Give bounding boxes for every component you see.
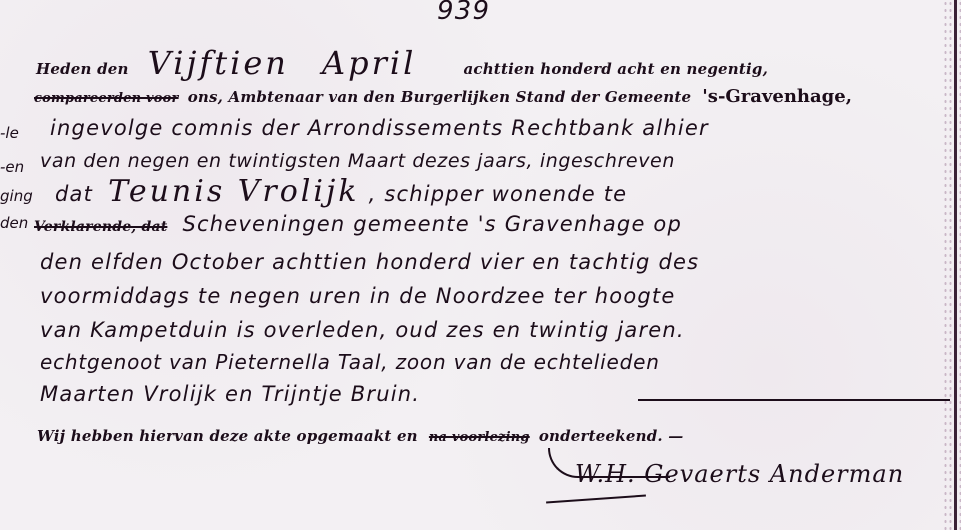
- hand-dat: dat: [55, 182, 93, 206]
- line-8: voormiddags te negen uren in de Noordzee…: [40, 284, 675, 308]
- line-9: van Kampetduin is overleden, oud zes en …: [40, 318, 685, 342]
- margin-fragment-6: den: [0, 214, 28, 232]
- line-7: den elfden October achttien honderd vier…: [40, 250, 699, 274]
- line-1: Heden den Vijftien April achttien honder…: [36, 44, 768, 82]
- struck-compareerden: compareerden voor: [34, 91, 179, 106]
- margin-fragment-5: ging: [0, 187, 33, 205]
- signature-underline: [546, 495, 646, 504]
- official-signature: W.H. Gevaerts Anderman: [575, 460, 904, 488]
- margin-fragment-4: -en: [0, 158, 24, 176]
- document-page: 939 Heden den Vijftien April achttien ho…: [0, 0, 961, 530]
- printed-ambtenaar: ons, Ambtenaar van den Burgerlijken Stan…: [188, 88, 692, 106]
- line-3: ingevolge comnis der Arrondissements Rec…: [50, 116, 709, 140]
- line-11: Maarten Vrolijk en Trijntje Bruin.: [40, 382, 420, 406]
- printed-closing: Wij hebben hiervan deze akte opgemaakt e…: [37, 427, 418, 445]
- hand-occupation: , schipper wonende te: [369, 182, 628, 206]
- end-rule: [638, 399, 950, 401]
- printed-onderteekend: onderteekend. —: [539, 427, 684, 445]
- line-10: echtgenoot van Pieternella Taal, zoon va…: [40, 350, 660, 374]
- line-12: Wij hebben hiervan deze akte opgemaakt e…: [37, 426, 683, 445]
- deceased-name: Teunis Vrolijk: [108, 174, 359, 209]
- place-gravenhage: 's-Gravenhage,: [702, 86, 852, 107]
- page-right-border: [954, 0, 957, 530]
- line-4: van den negen en twintigsten Maart dezes…: [40, 150, 675, 172]
- margin-fragment-3: -le: [0, 124, 19, 142]
- struck-voorlezing: na voorlezing: [429, 430, 530, 445]
- hand-residence: Scheveningen gemeente 's Gravenhage op: [182, 212, 682, 236]
- printed-year: achttien honderd acht en negentig,: [463, 60, 768, 78]
- hand-day: Vijftien: [148, 44, 289, 82]
- page-edge-speckle: [943, 0, 961, 530]
- struck-verklarende: Verklarende, dat: [34, 219, 167, 235]
- line-6: Verklarende, dat Scheveningen gemeente '…: [34, 212, 682, 236]
- printed-heden-den: Heden den: [36, 60, 129, 78]
- hand-month: April: [322, 44, 416, 82]
- line-5: dat Teunis Vrolijk , schipper wonende te: [55, 174, 627, 209]
- line-2: compareerden voor ons, Ambtenaar van den…: [34, 86, 852, 107]
- record-number: 939: [437, 0, 490, 26]
